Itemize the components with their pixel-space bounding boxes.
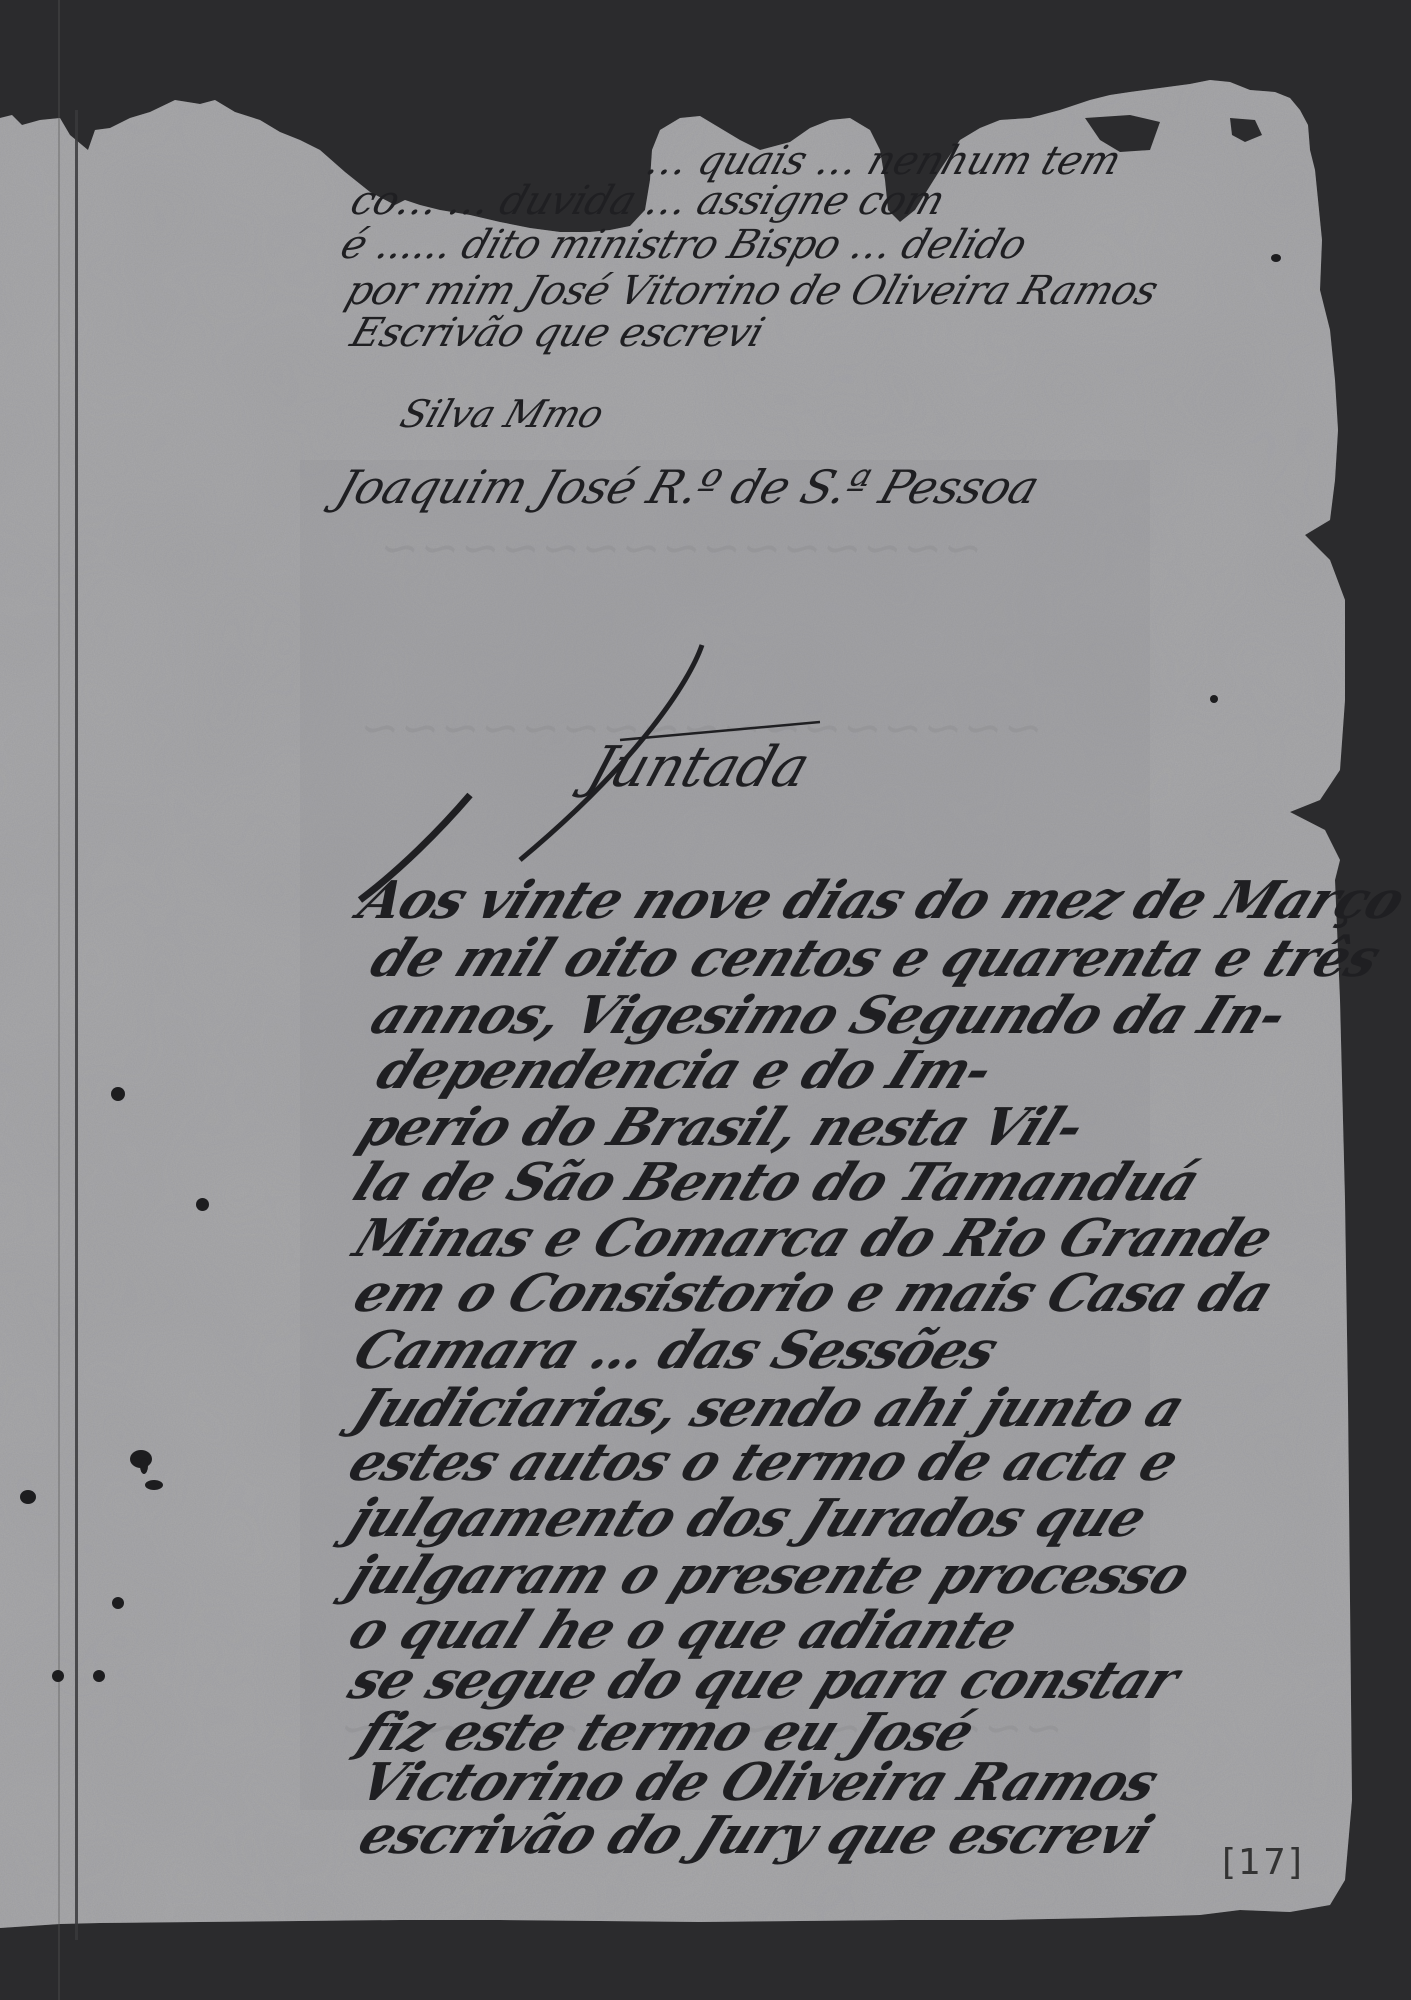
- body-line-8: em o Consistorio e mais Casa da: [345, 1263, 1282, 1324]
- body-line-2: de mil oito centos e quarenta e três: [362, 928, 1389, 989]
- body-line-4: dependencia e do Im-: [368, 1040, 1001, 1101]
- body-line-11: estes autos o termo de acta e: [340, 1432, 1187, 1493]
- body-line-10: Judiciarias, sendo ahi junto a: [345, 1378, 1193, 1439]
- body-line-6: la de São Bento do Tamanduá: [345, 1152, 1208, 1213]
- body-line-18: escrivão do Jury que escrevi: [350, 1805, 1162, 1866]
- body-line-12: julgamento dos Jurados que: [340, 1488, 1155, 1549]
- body-line-7: Minas e Comarca do Rio Grande: [345, 1208, 1281, 1269]
- body-line-3: annos, Vigesimo Segundo da In-: [362, 985, 1295, 1046]
- body-line-1: Aos vinte nove dias do mez de Março: [350, 870, 1411, 931]
- body-line-9: Camara … das Sessões: [345, 1320, 1006, 1381]
- body-line-5: perio do Brasil, nesta Vil-: [350, 1097, 1093, 1158]
- body-line-13: julgaram o presente processo: [340, 1545, 1199, 1606]
- manuscript-scan: ~~~~~~~~~~~~~~~ ~~~~~~~~~~~~~~~~~ ~~~~~~…: [0, 0, 1411, 2000]
- body-line-17: Victorino de Oliveira Ramos: [350, 1752, 1167, 1813]
- folio-number: [17]: [1222, 1842, 1304, 1883]
